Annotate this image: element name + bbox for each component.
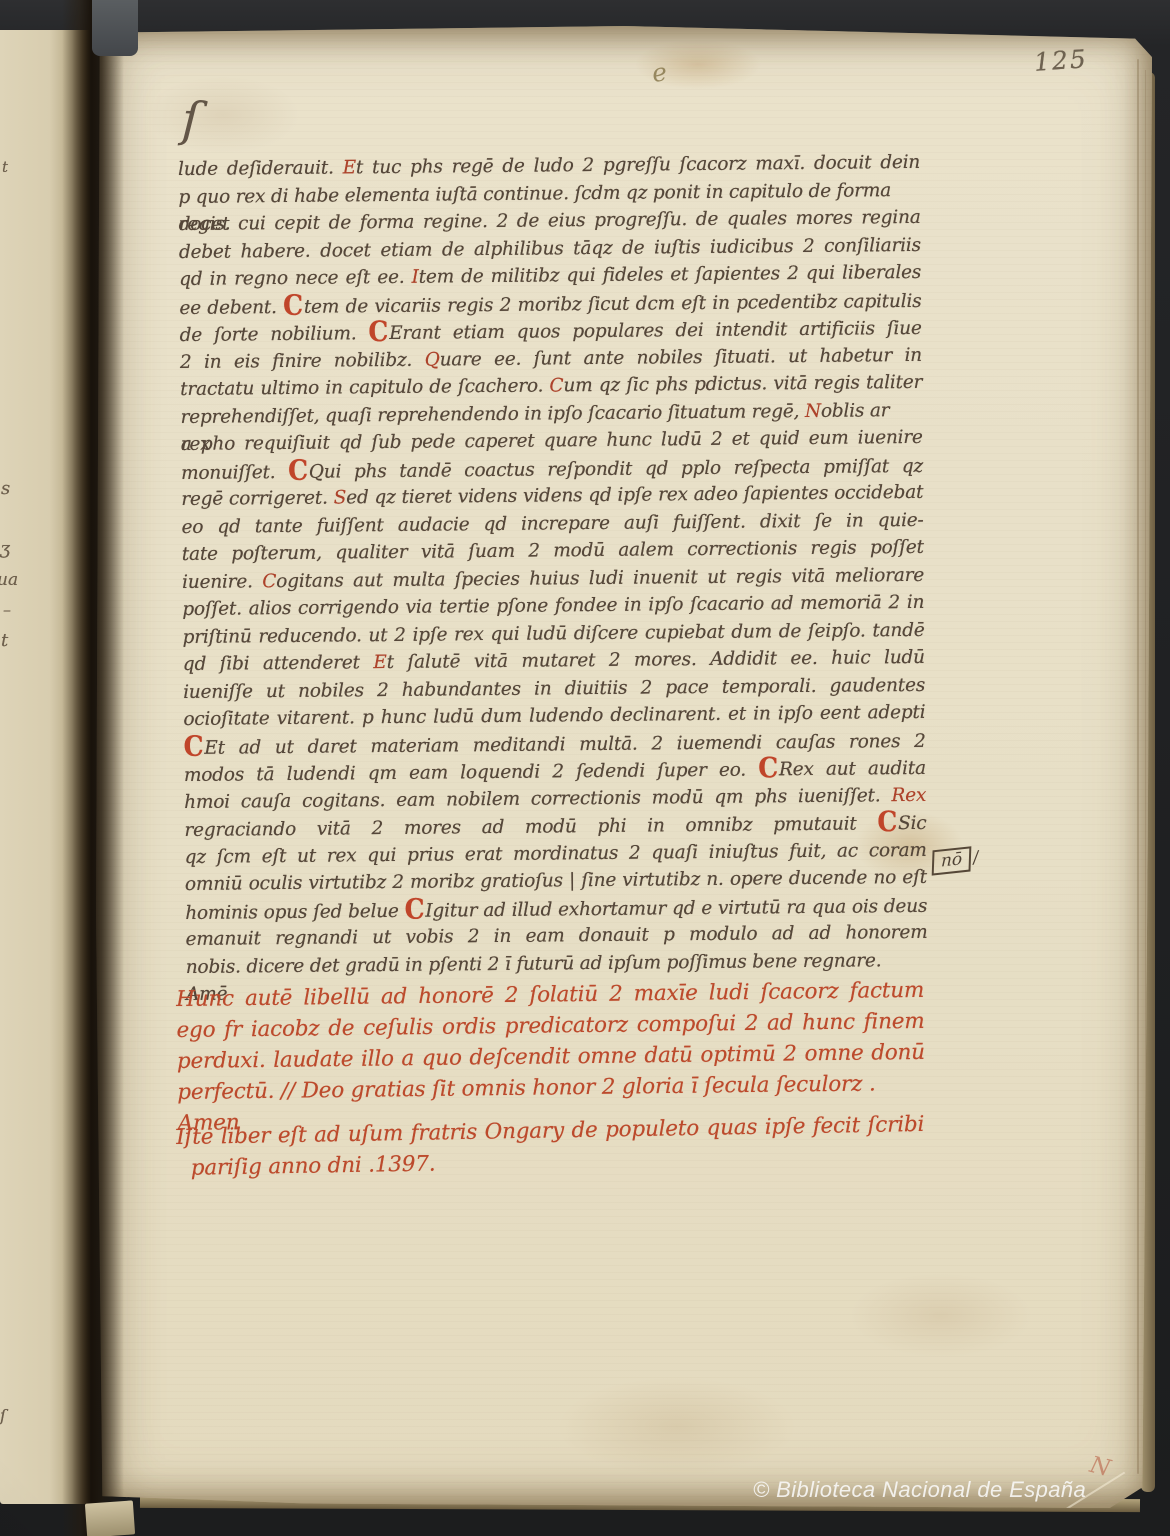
manuscript-page: 125 e ſ lude deſiderauit. Et tuc phs reg…: [96, 26, 1152, 1508]
ink-text: lude deſiderauit.: [178, 157, 343, 180]
facing-ink-fragment: ua: [0, 570, 18, 590]
ink-text: tem de vicariis regis 2 moribz ſicut dcm…: [304, 290, 922, 317]
manuscript-photo: tsʒua–tſ 125 e ſ lude deſiderauit. Et tu…: [0, 0, 1170, 1536]
ink-text: modos tā ludendi qm eam loquendi 2 ſeden…: [184, 759, 759, 786]
rubric-text: C: [877, 809, 897, 837]
ink-text: tate poſterum, qualiter vitā ſuam 2 modū…: [182, 537, 924, 565]
ink-text: monuiſſet.: [181, 461, 288, 483]
rubric-text: C: [283, 292, 303, 320]
rubric-text: C: [184, 733, 204, 761]
nota-margin-note: nō/: [931, 846, 980, 876]
ink-text: eo qd tante fuiſſent audacie qd increpar…: [181, 509, 923, 537]
rubric-text: Rex: [891, 784, 926, 805]
rubric-text: E: [343, 157, 357, 178]
ink-text: priſtinū reducendo. ut 2 ipſe rex qui lu…: [183, 619, 925, 647]
rubric-text: N: [805, 400, 821, 421]
quire-mark: e: [650, 57, 669, 88]
ink-text: regraciando vitā 2 mores ad modū phi in …: [184, 813, 877, 841]
ink-text: hmoi cauſa cogitans. eam nobilem correct…: [184, 785, 891, 813]
book-gutter-shadow: [62, 0, 124, 1536]
nota-slash: /: [972, 848, 980, 868]
ink-text: Erant etiam quos populares dei intendit …: [389, 318, 922, 344]
ink-text: Qui phs tandē coactus reſpondit qd pplo …: [309, 455, 923, 482]
ink-text: poſſet. alios corrigendo via tertie pſon…: [182, 592, 924, 620]
ink-text: iuenire.: [182, 571, 262, 593]
facing-ink-fragment: ſ: [0, 1406, 6, 1425]
rubric-text: C: [288, 457, 308, 485]
ink-text: Rex aut audita: [779, 758, 926, 780]
corner-signature-mark: N: [1087, 1452, 1113, 1482]
ink-text: debet habere. docet etiam de alphilibus …: [179, 234, 921, 262]
ink-text: 2 in eis finire nobilibz.: [180, 349, 425, 372]
binding-tape: [92, 0, 138, 56]
ink-text: t tuc phs regē de ludo 2 pgreſſu ſcacorz…: [356, 152, 920, 178]
nota-box: nō: [932, 846, 972, 875]
rubric-text: S: [334, 487, 347, 508]
ink-text: qd in regno nece eſt ee.: [179, 267, 412, 290]
initial-flourish: ſ: [181, 92, 202, 149]
rubric-text: C: [368, 318, 388, 346]
ink-text: qz ſcm eſt ut rex qui prius erat mordina…: [185, 839, 927, 867]
ink-text: Sic: [898, 813, 927, 834]
rubric-text: C: [549, 375, 563, 396]
rubric-text: E: [373, 652, 387, 673]
ink-text: ogitans aut multa ſpecies huius ludi inu…: [276, 564, 924, 591]
ink-text: reprehendiſſet, quaſi reprehendendo in i…: [180, 400, 805, 427]
ink-text: ed qz tieret videns videns qd ipſe rex a…: [346, 482, 923, 509]
ink-text: regē corrigeret.: [181, 488, 334, 510]
facing-ink-fragment: s: [1, 478, 10, 499]
ink-text: qd ſibi attenderet: [183, 652, 374, 675]
ink-text: ocioſitate vitarent. p hunc ludū dum lud…: [183, 702, 925, 730]
rubric-text: C: [404, 896, 424, 924]
rubric-text: C: [262, 571, 276, 592]
ink-text: hominis opus ſed belue: [185, 900, 405, 923]
text-block: lude deſiderauit. Et tuc phs regē de lud…: [178, 149, 928, 981]
exlibris-block: Iſte liber eſt ad uſum fratris Ongary de…: [176, 1109, 925, 1184]
ink-text: omniū oculis virtutibz 2 moribz gratioſu…: [185, 867, 927, 895]
ink-text: t ſalutē vitā mutaret 2 mores. Addidit e…: [387, 647, 925, 673]
copyright-watermark: © Biblioteca Nacional de España: [753, 1477, 1086, 1503]
colophon-block: Hunc autē libellū ad honorē 2 ſolatiū 2 …: [176, 975, 925, 1108]
ink-text: tem de militibz qui fideles et ſapientes…: [419, 262, 922, 288]
ink-text: de ſorte nobilium.: [180, 323, 369, 346]
gutter-page-tab: [85, 1500, 135, 1536]
facing-ink-fragment: –: [3, 600, 11, 619]
ink-text: uare ee. ſunt ante nobiles ſituati. ut h…: [440, 344, 922, 370]
ink-text: iueniſſe ut nobiles 2 habundantes in diu…: [183, 674, 925, 702]
facing-ink-fragment: ʒ: [0, 538, 10, 559]
ink-text: docet cui cepit de forma regine. 2 de ei…: [179, 207, 921, 235]
folio-number: 125: [1033, 44, 1089, 77]
ink-text: tractatu ultimo in capitulo de ſcachero.: [180, 375, 549, 400]
ink-text: ee debent.: [179, 296, 283, 318]
ink-text: a pho requiſiuit qd ſub pede caperet qua…: [181, 427, 923, 455]
facing-ink-fragment: t: [2, 158, 8, 176]
ink-text: Igitur ad illud exhortamur qd e virtutū …: [425, 895, 927, 921]
ink-text: um qz ſic phs pdictus. vitā regis talite…: [563, 372, 922, 396]
page-edge-line: [1137, 59, 1139, 1474]
ink-text: emanuit regnandi ut vobis 2 in eam donau…: [185, 922, 927, 950]
rubric-text: C: [758, 755, 778, 783]
facing-ink-fragment: t: [1, 630, 8, 651]
rubric-text: Q: [425, 349, 440, 370]
